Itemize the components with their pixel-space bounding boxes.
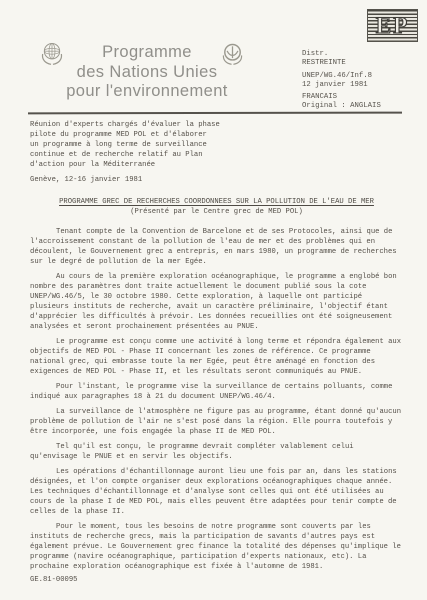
document-paragraph: La surveillance de l'atmosphère ne figur… [30, 407, 403, 437]
meeting-description-line: d'action pour la Méditerranée [30, 160, 403, 170]
scanned-document-page: EP Programme des Nations Unies pour l'en… [0, 0, 427, 600]
distr-label: Distr. [302, 50, 381, 59]
doc-original-language: Original : ANGLAIS [302, 102, 381, 111]
document-paragraph: Tel qu'il est conçu, le programme devrai… [30, 442, 403, 462]
document-paragraph: Pour l'instant, le programme vise la sur… [30, 382, 403, 402]
meeting-description-line: Réunion d'experts chargés d'évaluer la p… [30, 120, 403, 130]
ep-stamp-text: EP [376, 14, 409, 37]
document-paragraph: Le programme est conçu comme une activit… [30, 337, 403, 377]
meeting-description-line: continue et de recherche relatif au Plan [30, 150, 403, 160]
ep-stamp: EP [367, 9, 418, 42]
document-paragraph: Les opérations d'échantillonnage auront … [30, 467, 403, 517]
doc-language: FRANCAIS [302, 93, 381, 102]
venue-date: Genève, 12-16 janvier 1981 [30, 175, 403, 185]
doc-date: 12 janvier 1981 [302, 81, 381, 90]
document-paragraph: Au cours de la première exploration océa… [30, 272, 403, 332]
org-name-line-3: pour l'environnement [46, 82, 248, 102]
document-paragraph: Tenant compte de la Convention de Barcel… [30, 227, 403, 267]
unep-emblem-icon [218, 40, 247, 69]
document-footer-code: GE.81-00095 [30, 575, 403, 585]
distr-type: RESTREINTE [302, 59, 381, 68]
document-title: PROGRAMME GREC DE RECHERCHES COORDONNEES… [30, 197, 403, 207]
meeting-description-line: pilote du programme MED POL et d'élabore… [30, 130, 403, 140]
meeting-description: Réunion d'experts chargés d'évaluer la p… [30, 120, 403, 170]
doc-number: UNEP/WG.46/Inf.8 [302, 72, 381, 81]
document-body: Réunion d'experts chargés d'évaluer la p… [30, 120, 403, 585]
document-subtitle: (Présenté par le Centre grec de MED POL) [30, 207, 403, 217]
document-paragraph: Pour le moment, tous les besoins de notr… [30, 522, 403, 572]
meeting-description-line: un programme à long terme de surveillanc… [30, 140, 403, 150]
distribution-block: Distr. RESTREINTE UNEP/WG.46/Inf.8 12 ja… [302, 50, 381, 115]
